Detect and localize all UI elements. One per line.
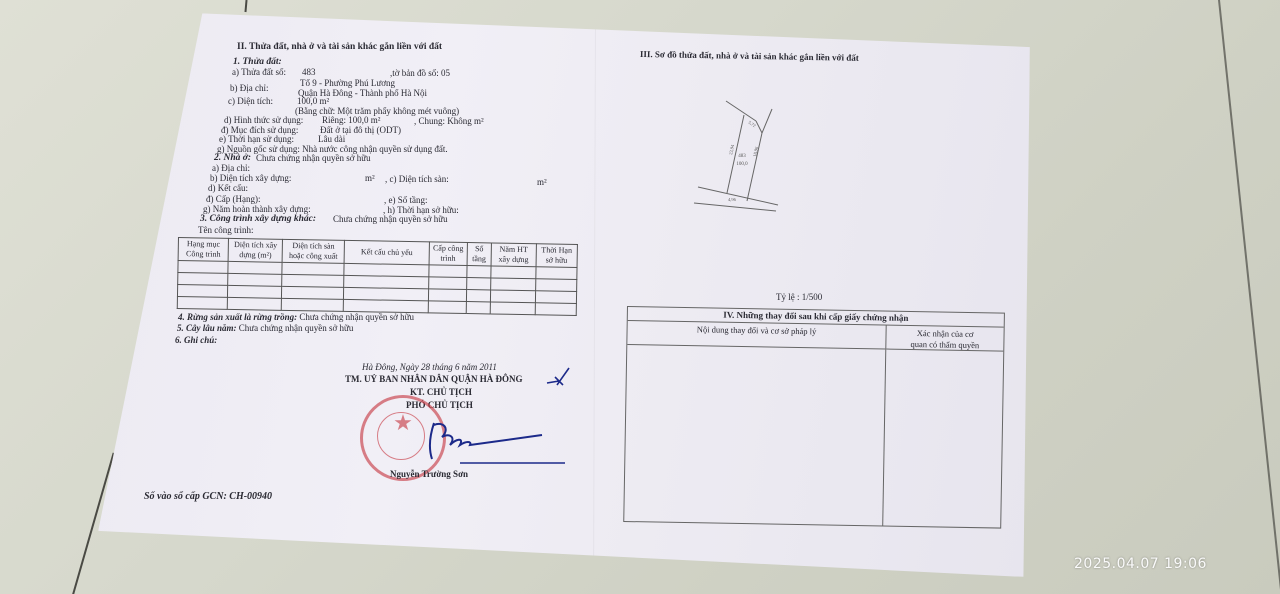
parcel-label: a) Thửa đất số: — [232, 67, 286, 77]
other-construction-status: Chưa chứng nhận quyền sở hữu — [333, 214, 448, 224]
term-label: e) Thời hạn sử dụng: — [219, 134, 294, 144]
section-2-title: II. Thửa đất, nhà ở và tài sản khác gắn … — [237, 42, 442, 52]
construction-table-cell — [466, 290, 491, 302]
place-date: Hà Đông, Ngày 28 tháng 6 năm 2011 — [362, 362, 497, 372]
construction-table-cell — [535, 279, 576, 292]
address-label: b) Địa chỉ: — [230, 83, 269, 93]
col-term: Thời Hạn sở hữu — [536, 244, 578, 268]
construction-table-cell — [490, 290, 535, 303]
house-heading: 2. Nhà ở: — [214, 153, 251, 163]
plot-edge-left: 22,94 — [728, 144, 736, 156]
other-construction-heading: 3. Công trình xây dựng khác: — [200, 214, 316, 224]
on-behalf-of: KT. CHỦ TỊCH — [410, 387, 472, 397]
construction-table-cell — [429, 277, 467, 290]
perennial-line: 5. Cây lâu năm: Chưa chứng nhận quyền sở… — [177, 323, 353, 333]
house-build-area: b) Diện tích xây dựng: — [210, 173, 291, 183]
construction-name-label: Tên công trình: — [198, 225, 254, 235]
col-item: Hạng mục Công trình — [178, 238, 229, 262]
construction-table-cell — [428, 289, 466, 302]
authority-confirmation-header: Xác nhận của cơ quan có thẩm quyền — [886, 326, 1003, 352]
construction-table-cell — [178, 273, 228, 286]
house-grade: đ) Cấp (Hạng): — [206, 194, 260, 204]
house-address: a) Địa chỉ: — [212, 163, 250, 173]
use-form-label: d) Hình thức sử dụng: — [224, 115, 303, 125]
house-floor-unit: m² — [537, 177, 547, 187]
construction-table-cell — [535, 303, 576, 316]
construction-table-cell — [490, 302, 535, 315]
handwritten-signature — [420, 415, 580, 470]
construction-table-cell — [536, 267, 577, 280]
house-structure: d) Kết cấu: — [208, 183, 248, 193]
forest-line: 4. Rừng sản xuất là rừng trồng: Chưa chứ… — [178, 312, 414, 322]
construction-table-cell — [282, 286, 344, 299]
forest-status: Chưa chứng nhận quyền sở hữu — [299, 312, 414, 322]
construction-table-cell — [282, 274, 344, 287]
col-build-area: Diện tích xây dựng (m²) — [228, 238, 282, 262]
house-build-unit: m² — [365, 173, 375, 183]
house-year-built: g) Năm hoàn thành xây dựng: — [203, 204, 311, 214]
forest-heading: 4. Rừng sản xuất là rừng trồng: — [178, 312, 297, 322]
plot-edge-right: 18,96 — [752, 146, 760, 158]
floor-tile-seam-right — [1218, 0, 1280, 591]
col-grade: Cấp công trình — [429, 242, 467, 266]
construction-table-cell — [281, 298, 343, 311]
plot-edge-bottom: 4,96 — [728, 197, 737, 203]
use-form-common: , Chung: Không m² — [414, 116, 484, 126]
construction-table: Hạng mục Công trình Diện tích xây dựng (… — [177, 237, 578, 316]
construction-table-cell — [178, 261, 228, 274]
term-value: Lâu dài — [318, 134, 345, 144]
area-label: c) Diện tích: — [228, 96, 273, 106]
notes-heading: 6. Ghi chú: — [175, 335, 217, 345]
construction-table-cell — [343, 299, 428, 312]
house-floor-area: , c) Diện tích sàn: — [385, 174, 449, 184]
parcel-value: 483 — [302, 67, 316, 77]
changes-content-header: Nội dung thay đổi và cơ sở pháp lý — [627, 321, 885, 349]
plot-parcel-number: 483 — [738, 154, 746, 159]
certificate-registry-number: Số vào sổ cấp GCN: CH-00940 — [144, 491, 272, 502]
construction-table-cell — [429, 265, 467, 278]
plot-scale: Tỷ lệ : 1/500 — [776, 292, 822, 302]
construction-table-cell — [228, 261, 282, 274]
perennial-heading: 5. Cây lâu năm: — [177, 323, 237, 333]
construction-table-cell — [177, 285, 227, 298]
photo-timestamp: 2025.04.07 19:06 — [1074, 556, 1207, 572]
construction-table-cell — [491, 278, 536, 291]
construction-table-cell — [466, 278, 491, 290]
plot-area: 100,0 — [736, 162, 748, 167]
land-heading: 1. Thửa đất: — [233, 57, 282, 67]
col-floors: Số tầng — [467, 243, 492, 266]
signer-name: Nguyễn Trường Sơn — [390, 469, 468, 479]
floor-tile-seam-left — [244, 0, 247, 12]
construction-table-cell — [466, 302, 491, 314]
construction-table-cell — [491, 266, 536, 279]
construction-table-cell — [535, 291, 576, 304]
construction-table-cell — [282, 262, 344, 275]
handwritten-check-mark — [545, 365, 575, 390]
land-plot-diagram: 483 100,0 22,94 5,72 18,96 4,96 — [690, 95, 790, 220]
col-structure: Kết cấu chủ yếu — [344, 240, 429, 264]
construction-table-cell — [227, 297, 281, 310]
issuing-authority: TM. UỶ BAN NHÂN DÂN QUẬN HÀ ĐÔNG — [345, 374, 523, 384]
perennial-status: Chưa chứng nhận quyền sở hữu — [239, 323, 354, 333]
col-year: Năm HT xây dựng — [491, 243, 536, 267]
construction-table-cell — [228, 285, 282, 298]
authority-confirmation-column: Xác nhận của cơ quan có thẩm quyền — [883, 326, 1003, 528]
address-line-1: Tổ 9 - Phường Phú Lương — [300, 78, 395, 88]
changes-content-column: Nội dung thay đổi và cơ sở pháp lý — [624, 321, 886, 525]
area-value: 100,0 m² — [297, 96, 329, 106]
construction-table-cell — [177, 296, 227, 309]
house-floors: , e) Số tầng: — [384, 195, 428, 205]
changes-after-issue-table: IV. Những thay đổi sau khi cấp giấy chứn… — [623, 306, 1005, 529]
construction-table-cell — [428, 301, 466, 314]
use-form-private: Riêng: 100,0 m² — [322, 115, 380, 125]
construction-table-cell — [467, 266, 492, 278]
col-floor-area: Diện tích sàn hoặc công xuất — [282, 239, 344, 263]
house-status: Chưa chứng nhận quyền sở hữu — [256, 153, 371, 163]
construction-table-cell — [228, 273, 282, 286]
page-fold — [593, 29, 596, 569]
map-sheet: ,tờ bản đồ số: 05 — [390, 68, 450, 78]
